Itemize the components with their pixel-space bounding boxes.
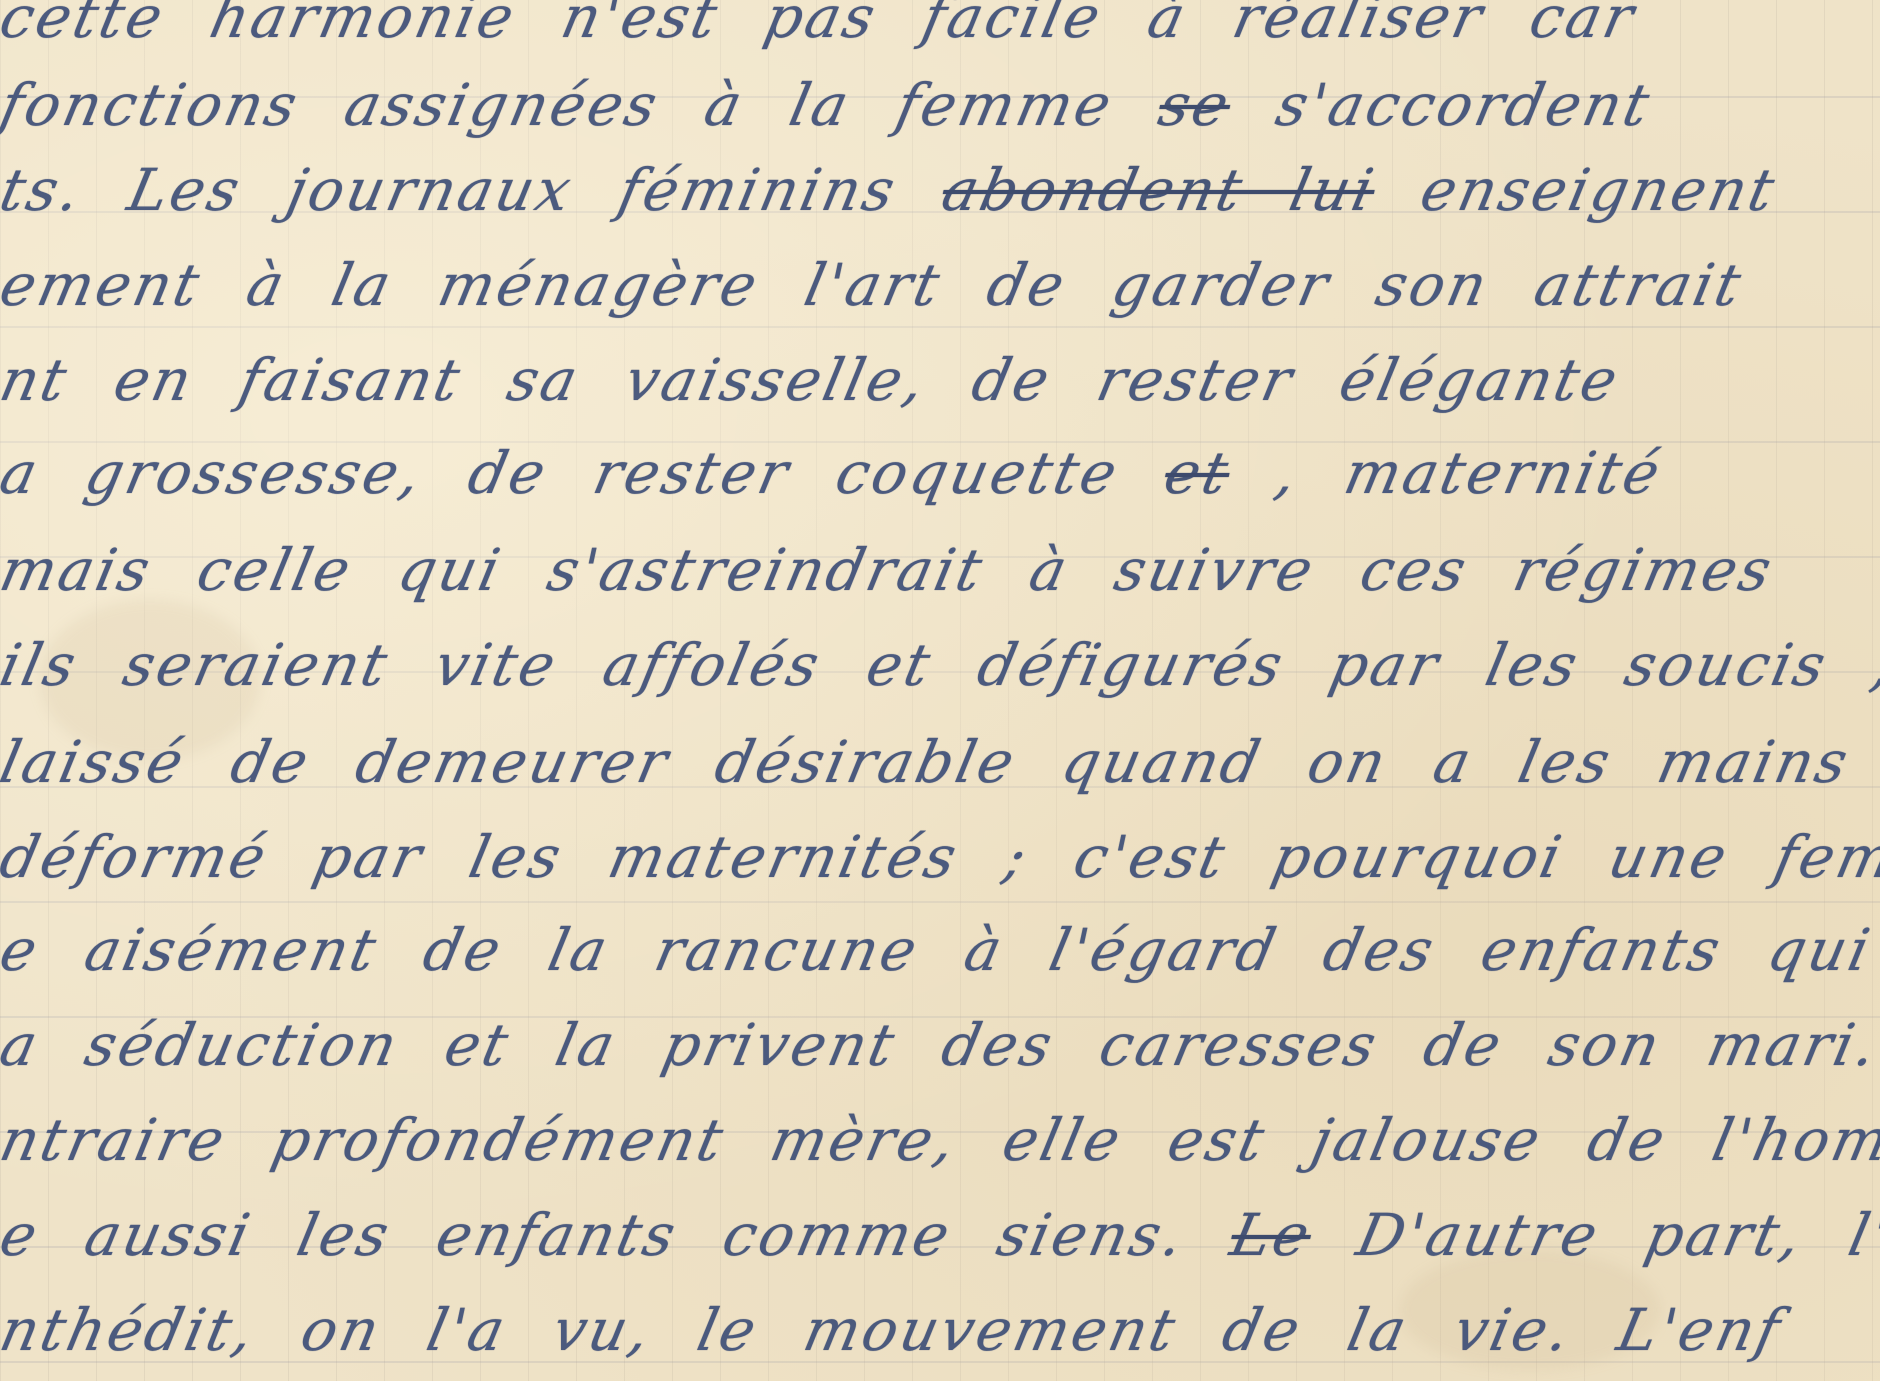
- line-text: nthédit, on l'a vu, le mouvement de la v…: [0, 1296, 1789, 1364]
- manuscript-line: e aussi les enfants comme siens. Le D'au…: [0, 1200, 1880, 1270]
- line-text: laissé de demeurer désirable quand on a …: [0, 728, 1880, 796]
- line-text: e aussi les enfants comme siens.: [0, 1201, 1192, 1269]
- line-text: ement à la ménagère l'art de garder son …: [0, 251, 1750, 319]
- manuscript-line: laissé de demeurer désirable quand on a …: [0, 727, 1880, 797]
- manuscript-line: ntraire profondément mère, elle est jalo…: [0, 1105, 1880, 1175]
- struck-text: et: [1159, 439, 1237, 507]
- line-text: ntraire profondément mère, elle est jalo…: [0, 1106, 1880, 1174]
- line-text: enseignent: [1415, 156, 1783, 224]
- line-text: ils seraient vite affolés et défigurés p…: [0, 631, 1880, 699]
- line-text: fonctions assignées à la femme: [0, 71, 1120, 139]
- line-text: e aisément de la rancune à l'égard des e…: [0, 916, 1878, 984]
- line-text: nt en faisant sa vaisselle, de rester él…: [0, 346, 1626, 414]
- line-text: ts. Les journaux féminins: [0, 156, 903, 224]
- line-text: , maternité: [1270, 439, 1669, 507]
- manuscript-line: fonctions assignées à la femme se s'acco…: [0, 70, 1658, 140]
- line-text: cette harmonie n'est pas facile à réalis…: [0, 0, 1642, 51]
- manuscript-line: e aisément de la rancune à l'égard des e…: [0, 915, 1878, 985]
- line-text: D'autre part, l': [1351, 1201, 1880, 1269]
- line-text: a grossesse, de rester coquette: [0, 439, 1126, 507]
- struck-text: abondent lui: [936, 156, 1381, 224]
- struck-text: Le: [1225, 1201, 1318, 1269]
- manuscript-line: ils seraient vite affolés et défigurés p…: [0, 630, 1880, 700]
- manuscript-line: ement à la ménagère l'art de garder son …: [0, 250, 1750, 320]
- manuscript-line: nthédit, on l'a vu, le mouvement de la v…: [0, 1295, 1789, 1365]
- manuscript-line: cette harmonie n'est pas facile à réalis…: [0, 0, 1643, 52]
- struck-text: se: [1153, 71, 1238, 139]
- manuscript-line: a grossesse, de rester coquette et , mat…: [0, 438, 1669, 508]
- manuscript-line: nt en faisant sa vaisselle, de rester él…: [0, 345, 1626, 415]
- line-text: mais celle qui s'astreindrait à suivre c…: [0, 536, 1780, 604]
- line-text: a séduction et la privent des caresses d…: [0, 1011, 1880, 1079]
- manuscript-line: a séduction et la privent des caresses d…: [0, 1010, 1880, 1080]
- manuscript-text: cette harmonie n'est pas facile à réalis…: [0, 0, 1880, 1381]
- line-text: déformé par les maternités ; c'est pourq…: [0, 823, 1880, 891]
- manuscript-line: ts. Les journaux féminins abondent lui e…: [0, 155, 1783, 225]
- manuscript-line: mais celle qui s'astreindrait à suivre c…: [0, 535, 1780, 605]
- manuscript-line: déformé par les maternités ; c'est pourq…: [0, 822, 1880, 892]
- line-text: s'accordent: [1270, 71, 1657, 139]
